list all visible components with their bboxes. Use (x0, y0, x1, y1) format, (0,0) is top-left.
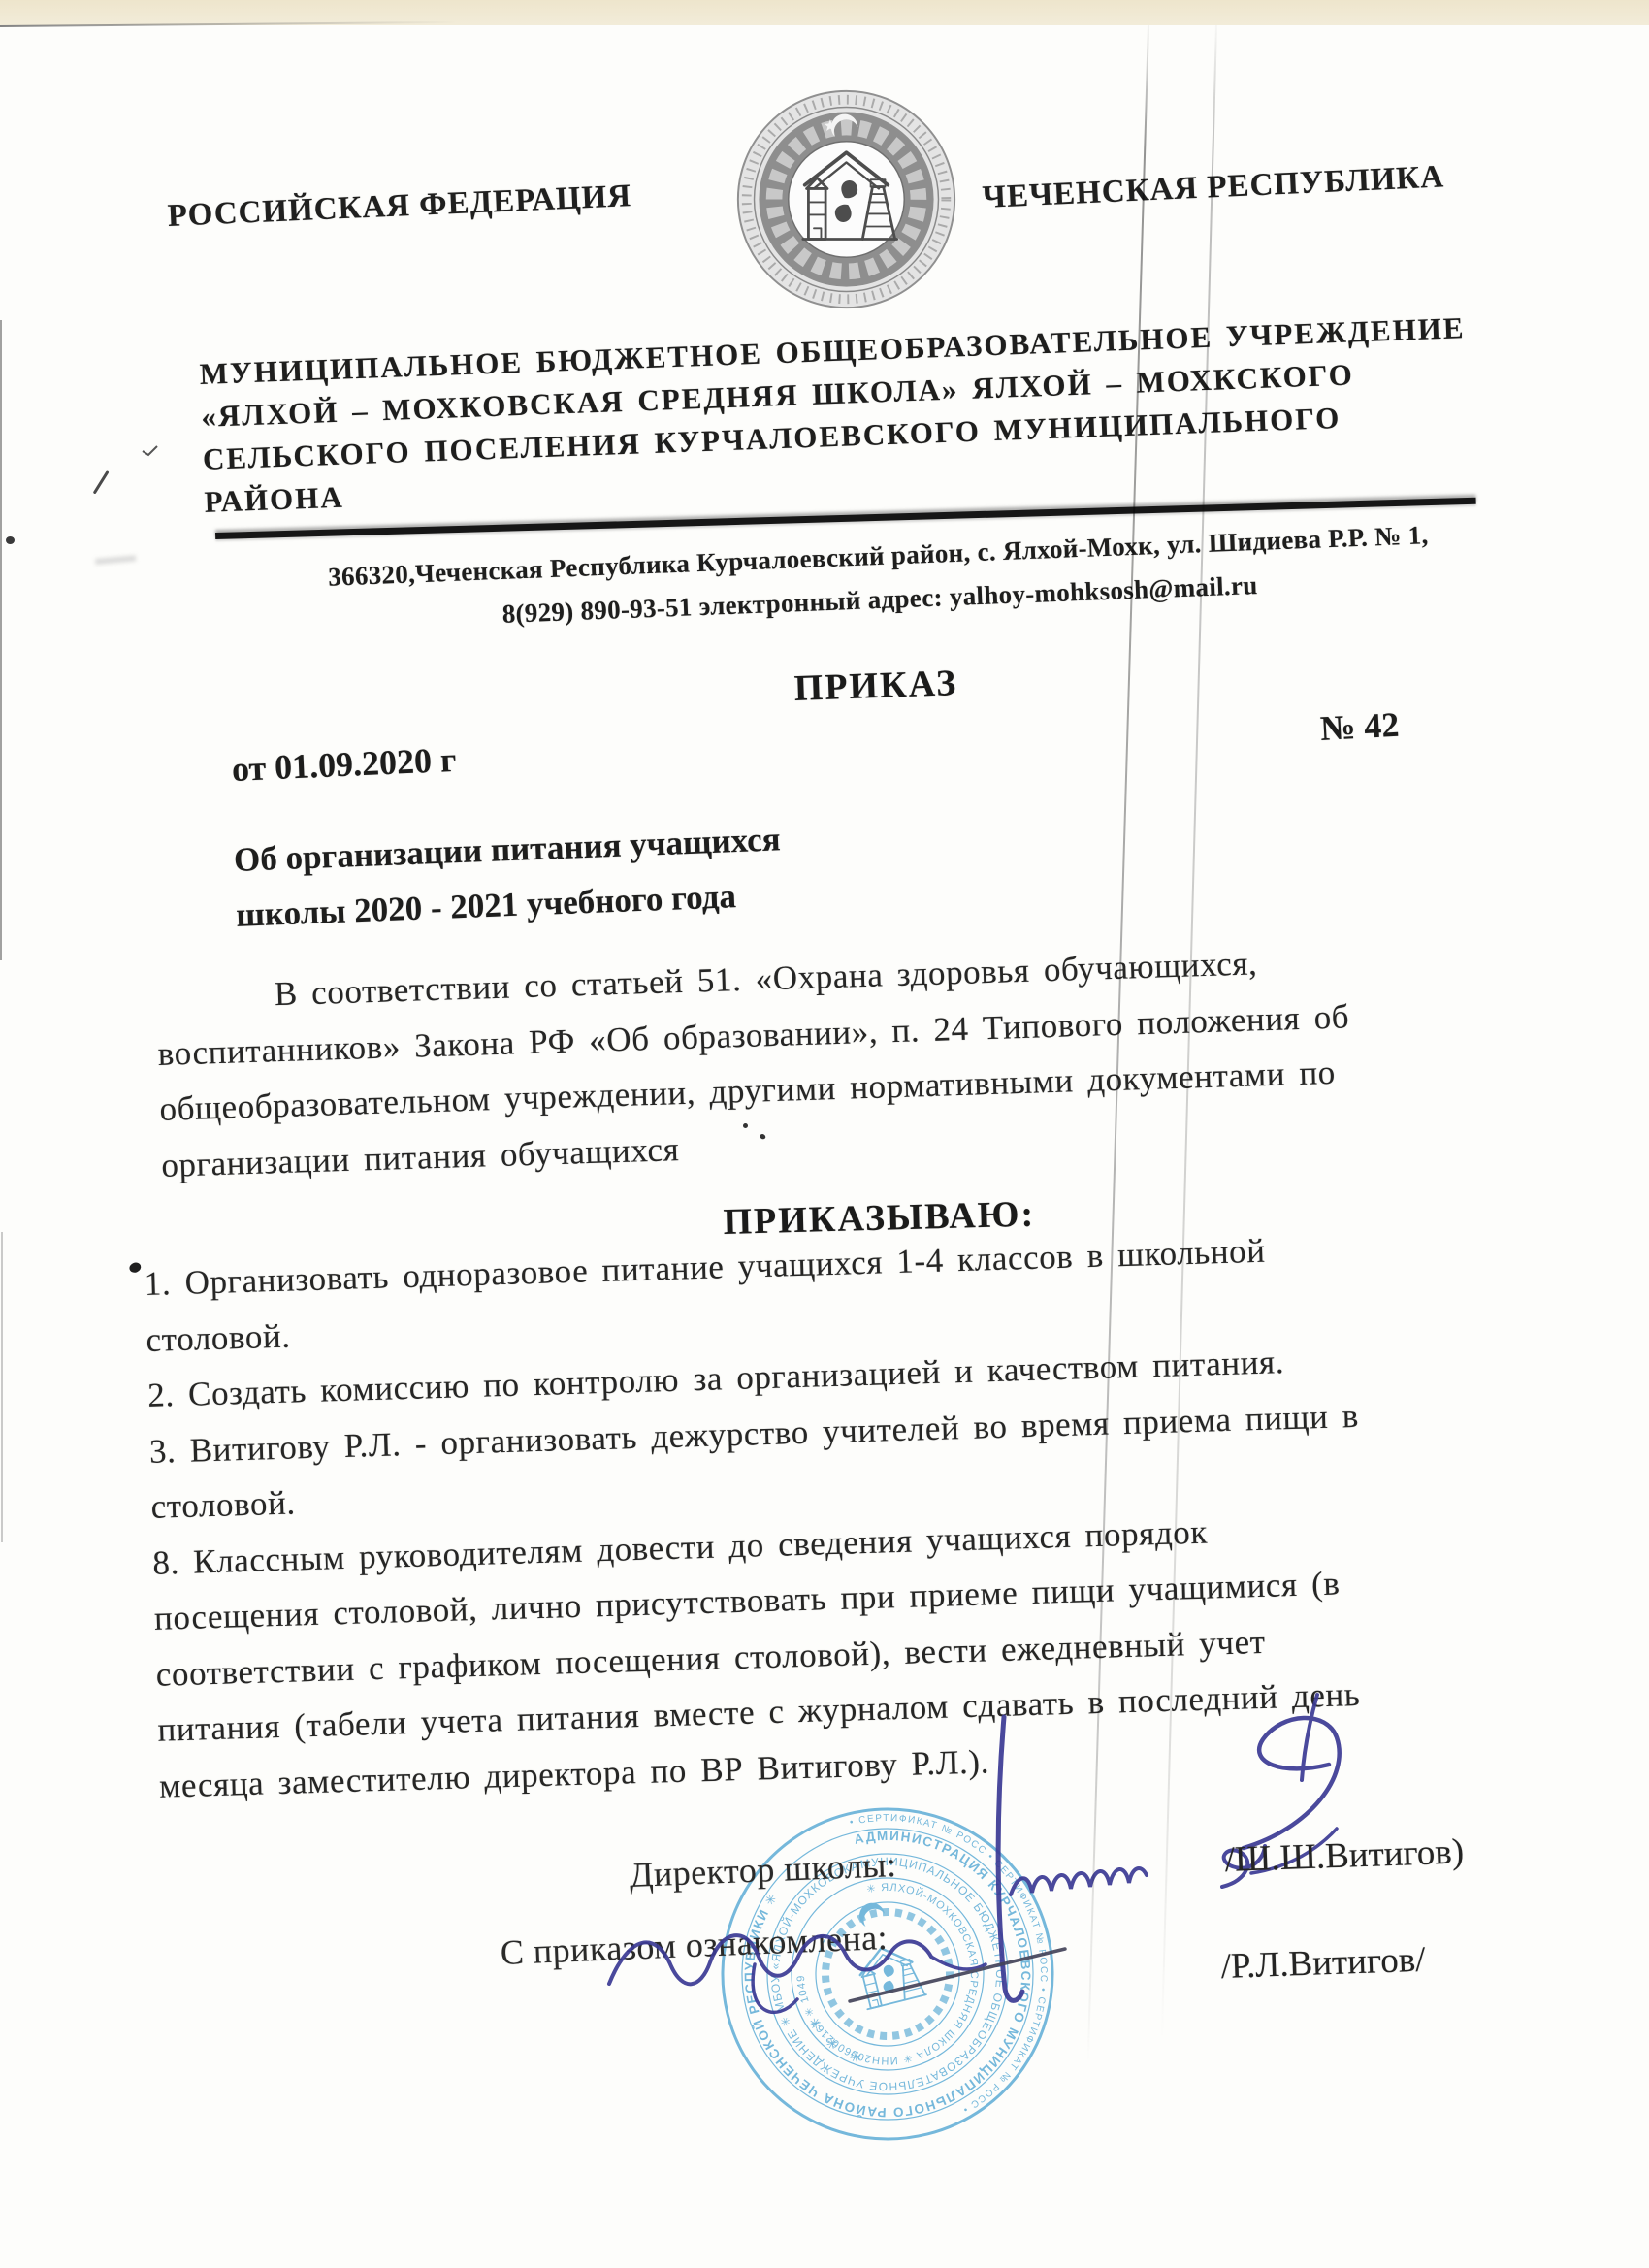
order-number: № 42 (1319, 704, 1400, 749)
organization-name: МУНИЦИПАЛЬНОЕ БЮДЖЕТНОЕ ОБЩЕОБРАЗОВАТЕЛЬ… (199, 304, 1563, 524)
scan-artifact-checkmark (142, 444, 159, 463)
acknowledge-name: /Р.Л.Витигов/ (1220, 1939, 1426, 1988)
header-country-title: РОССИЙСКАЯ ФЕДЕРАЦИЯ (167, 178, 632, 235)
scan-artifact-speck (6, 536, 15, 544)
acknowledge-signature (582, 1867, 1086, 2047)
scan-artifact-left-edge (1, 1232, 3, 1542)
scan-artifact-smudge (95, 555, 136, 565)
scan-artifact-dot (743, 1123, 748, 1128)
scan-artifact-ink-blob (128, 1261, 143, 1275)
scanned-order-document: РОССИЙСКАЯ ФЕДЕРАЦИЯ ЧЕЧЕНСКАЯ РЕСПУБЛИК… (0, 0, 1649, 2268)
order-preamble: В соответствии со статьей 51. «Охрана зд… (155, 926, 1539, 1192)
order-date: от 01.09.2020 г (231, 739, 457, 790)
scan-artifact-pen-mark (93, 470, 110, 494)
director-name: /Ш.Ш.Витигов) (1224, 1831, 1465, 1881)
scan-artifact-top-band (0, 0, 1649, 25)
state-emblem-icon (732, 85, 960, 318)
order-subject: Об организации питания учащихся школы 20… (233, 802, 1013, 943)
scan-artifact-left-edge (0, 320, 2, 960)
order-title: ПРИКАЗ (793, 662, 958, 710)
